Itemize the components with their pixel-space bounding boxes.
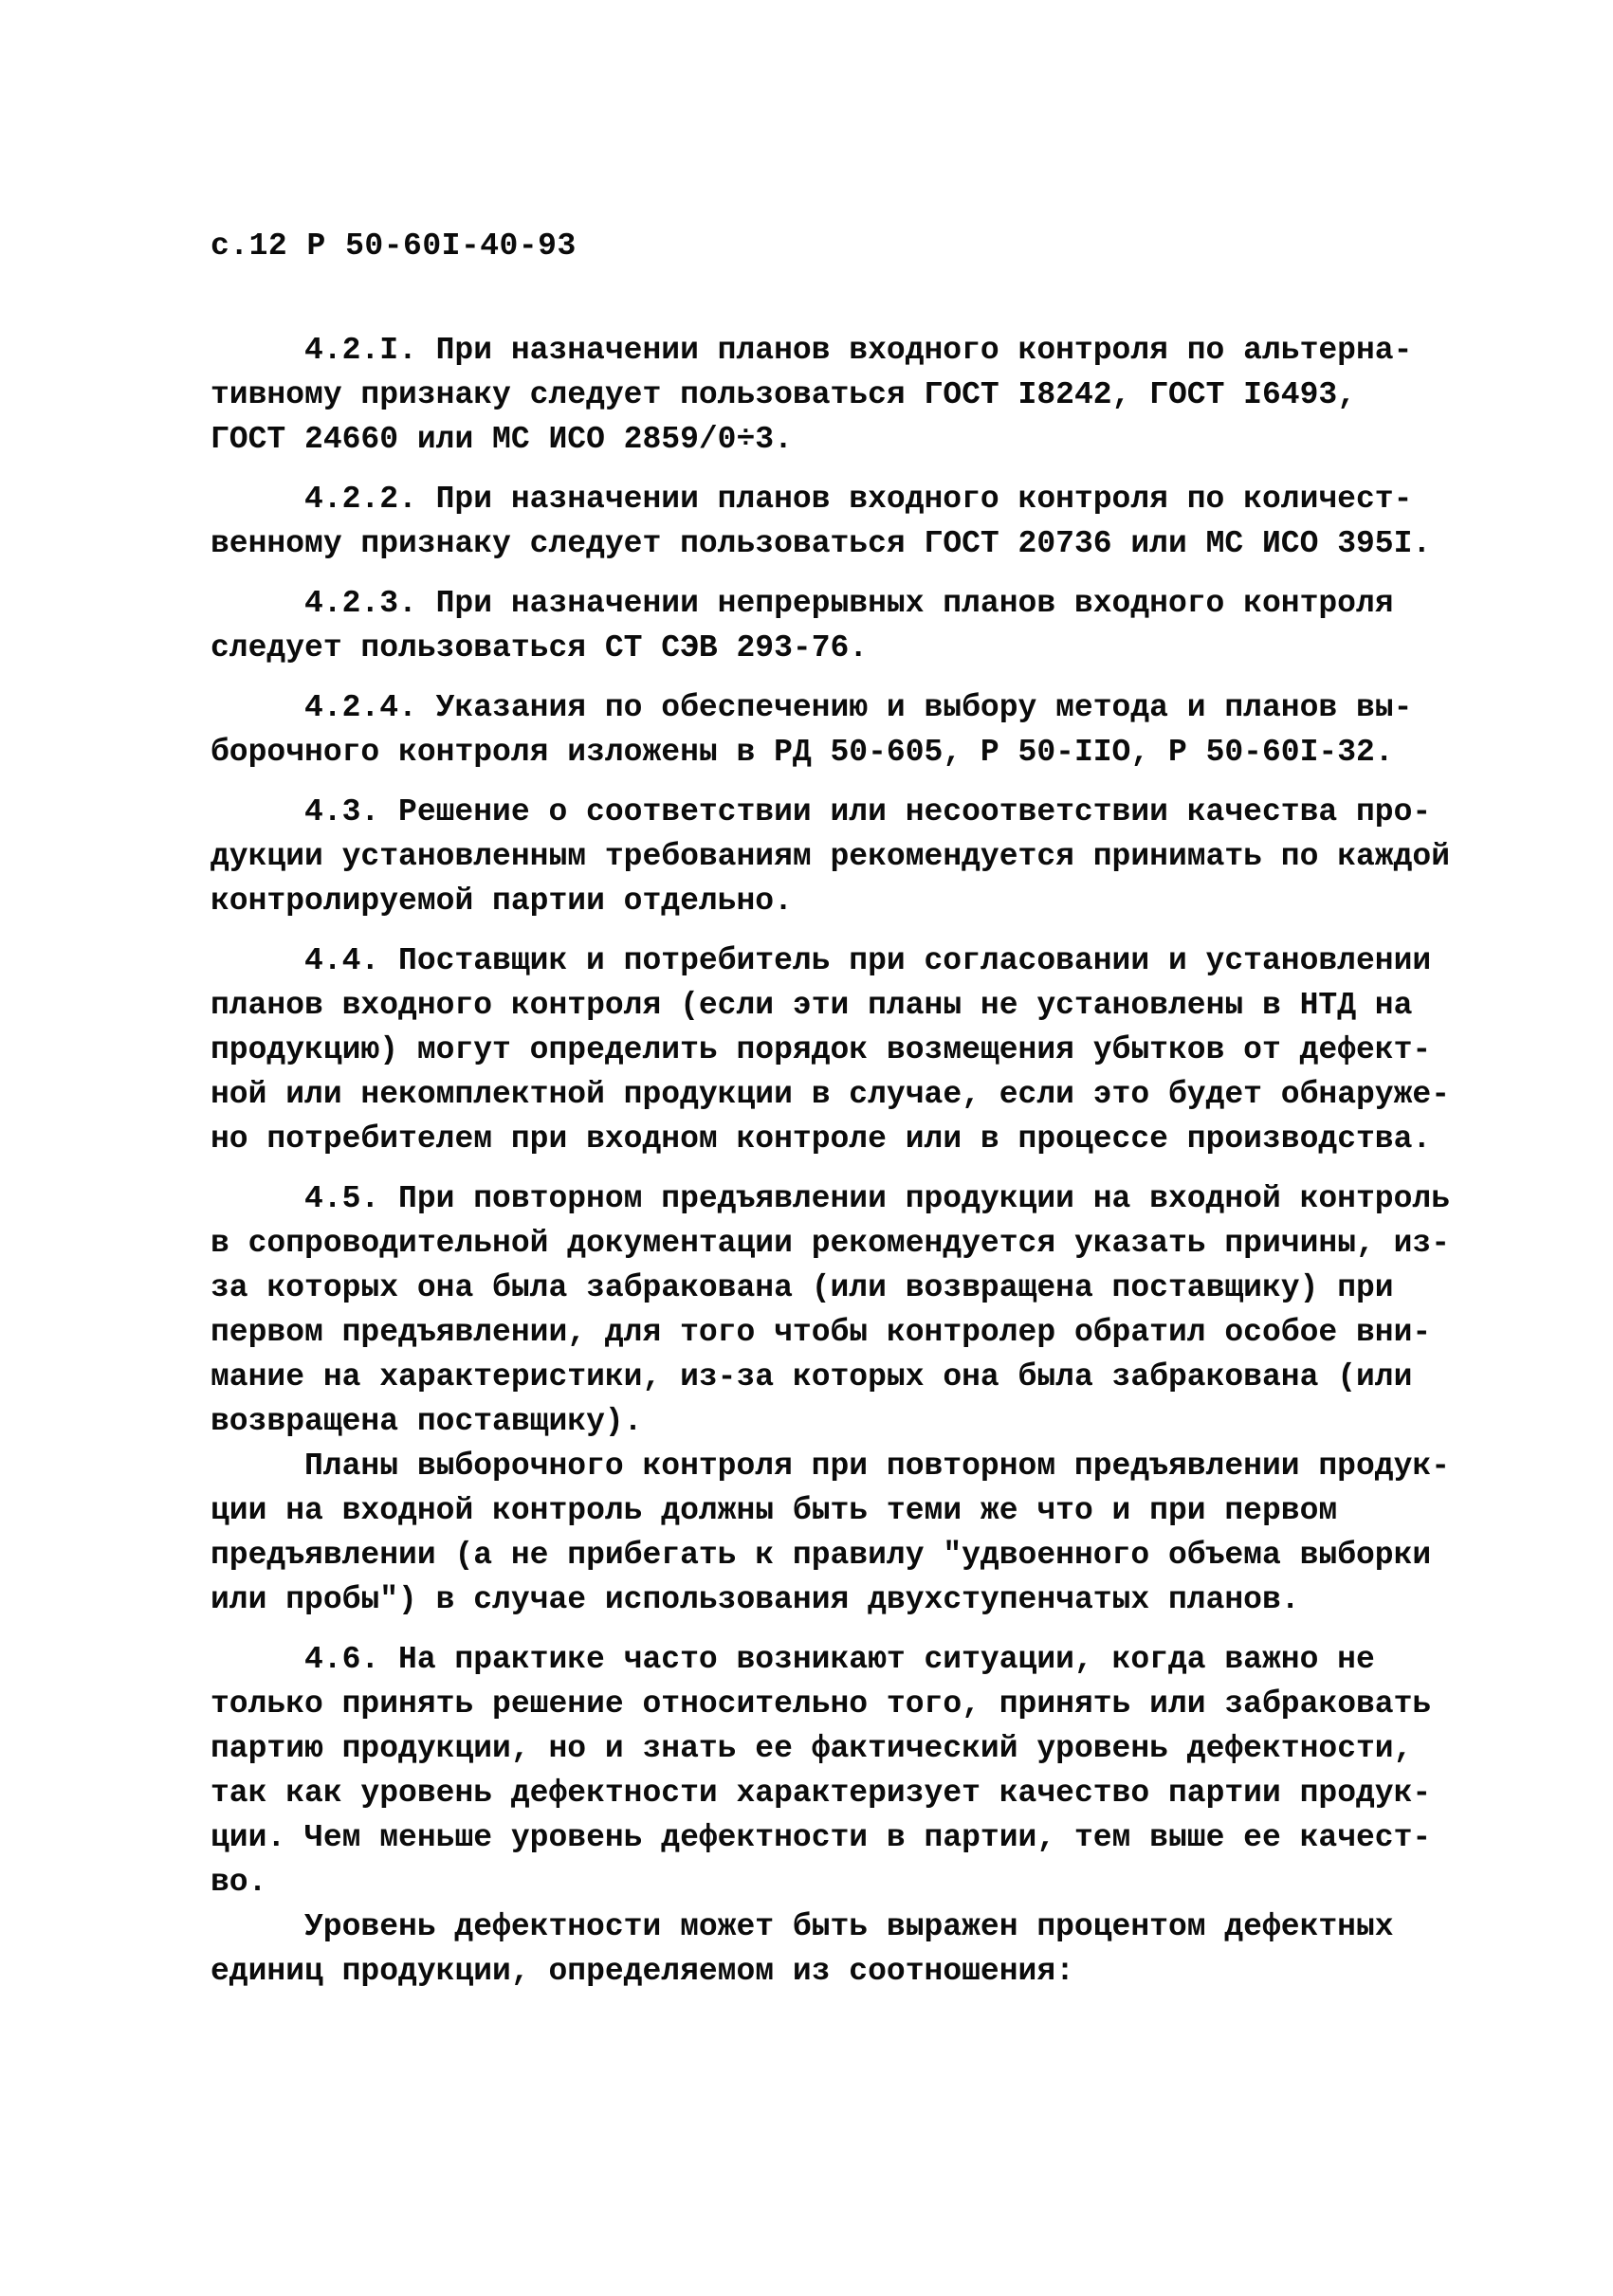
page-header: с.12 Р 50-60I-40-93 xyxy=(211,224,577,268)
paragraph-4-2-3: 4.2.3. При назначении непрерывных планов… xyxy=(211,581,1567,670)
paragraph-4-6: 4.6. На практике часто возникают ситуаци… xyxy=(211,1637,1567,1904)
paragraph-4-2-2: 4.2.2. При назначении планов входного ко… xyxy=(211,477,1567,566)
paragraph-4-5-continuation: Планы выборочного контроля при повторном… xyxy=(211,1444,1567,1622)
paragraph-4-6-continuation: Уровень дефектности может быть выражен п… xyxy=(211,1904,1567,1994)
paragraph-4-2-4: 4.2.4. Указания по обеспечению и выбору … xyxy=(211,685,1567,774)
document-page: с.12 Р 50-60I-40-93 4.2.I. При назначени… xyxy=(0,0,1613,2296)
paragraph-4-5: 4.5. При повторном предъявлении продукци… xyxy=(211,1176,1567,1444)
paragraph-4-3: 4.3. Решение о соответствии или несоотве… xyxy=(211,790,1567,923)
paragraph-4-4: 4.4. Поставщик и потребитель при согласо… xyxy=(211,938,1567,1161)
paragraph-4-2-1: 4.2.I. При назначении планов входного ко… xyxy=(211,328,1567,462)
document-body: 4.2.I. При назначении планов входного ко… xyxy=(211,328,1567,2009)
